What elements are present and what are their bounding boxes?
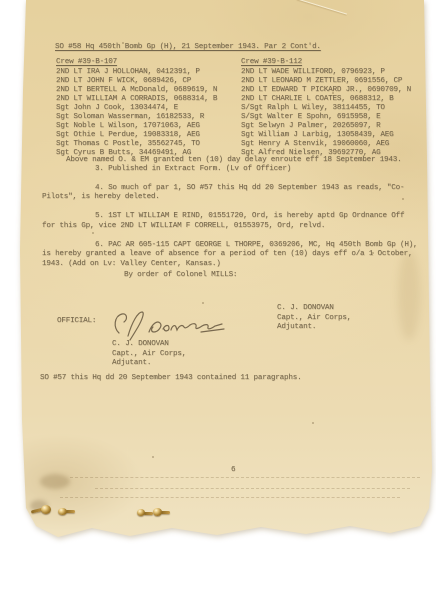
crew-member-line: Sgt Selwyn J Palmer, 20265097, R: [241, 122, 426, 131]
crew-member-line: 2ND LT JOHN F WICK, 0689426, CP: [56, 77, 241, 86]
signer-role: Adjutant.: [277, 323, 316, 332]
stain-bottom-left: [40, 474, 70, 489]
fastener-tail: [144, 512, 153, 515]
bleedthrough-line: [60, 497, 400, 498]
order-paragraph: 6. PAC AR 605-115 CAPT GEORGE L THORPE, …: [42, 241, 420, 270]
crew-member-line: Sgt Othie L Perdue, 19083318, AEG: [56, 131, 241, 140]
signer-name: C. J. DONOVAN: [277, 304, 334, 313]
signer-rank: Capt., Air Corps,: [277, 314, 351, 323]
crew-member-line: S/Sgt Walter E Spohn, 6915958, E: [241, 113, 426, 122]
order-paragraph: 4. So much of par 1, SO #57 this Hq dd 2…: [42, 184, 420, 203]
fastener-head: [41, 505, 51, 514]
crew-member-line: 2ND LT WILLIAM A CORRADIS, 0688314, B: [56, 95, 241, 104]
crew-member-line: 2ND LT WADE WILLIFORD, 0796923, P: [241, 68, 426, 77]
crew-member-line: 2ND LT CHARLIE L COATES, 0688312, B: [241, 95, 426, 104]
order-paragraphs: 3. Published in Extract Form. (Lv of Off…: [42, 165, 420, 279]
crew-member-line: 2ND LT EDWARD T PICKARD JR., 0690709, N: [241, 86, 426, 95]
paper-speck: [312, 422, 314, 424]
order-paragraph: 3. Published in Extract Form. (Lv of Off…: [42, 165, 420, 175]
delay-enroute-note: Above named O. & EM granted ten (10) day…: [66, 156, 402, 165]
fastener-head: [137, 509, 145, 516]
bleedthrough-line: [70, 477, 420, 478]
page-number: 6: [231, 466, 235, 475]
bleedthrough-line: [95, 488, 410, 489]
countersign-role: Adjutant.: [112, 359, 151, 368]
crew-member-line: Sgt John J Cook, 13034474, E: [56, 104, 241, 113]
scanned-document-page: SO #58 Hq 450th Bomb Gp (H), 21 Septembe…: [0, 0, 436, 600]
order-header: SO #58 Hq 450th Bomb Gp (H), 21 Septembe…: [55, 43, 321, 52]
order-paragraph: 5. 1ST LT WILLIAM E RIND, 01551720, Ord,…: [42, 212, 420, 231]
official-label: OFFICIAL:: [57, 317, 96, 326]
crew-right-roster: 2ND LT WADE WILLIFORD, 0796923, P2ND LT …: [241, 68, 426, 158]
countersign-name: C. J. DONOVAN: [112, 340, 169, 349]
crew-member-line: S/Sgt Ralph L Wiley, 38114455, TO: [241, 104, 426, 113]
fastener-head: [153, 508, 162, 516]
crew-left-title: Crew #39-B-107: [56, 58, 117, 67]
crew-member-line: 2ND LT IRA J HOLLOHAN, 0412391, P: [56, 68, 241, 77]
crew-member-line: 2ND LT BERTELL A McDonald, 0689619, N: [56, 86, 241, 95]
footer-note: SO #57 this Hq dd 20 September 1943 cont…: [40, 374, 301, 383]
fastener-tail: [161, 511, 170, 514]
crew-member-line: 2ND LT LEONARD M ZETTLER, 0691556, CP: [241, 77, 426, 86]
fastener-tail: [66, 510, 75, 513]
fastener-head: [58, 508, 67, 515]
by-order-line: By order of Colonel MILLS:: [124, 271, 237, 280]
crew-member-line: Sgt Soloman Wasserman, 16182533, R: [56, 113, 241, 122]
crew-right-title: Crew #39-B-112: [241, 58, 302, 67]
crew-member-line: Sgt William J Larbig, 13058439, AEG: [241, 131, 426, 140]
crew-member-line: Sgt Noble L Wilson, 17071063, AEG: [56, 122, 241, 131]
countersign-rank: Capt., Air Corps,: [112, 350, 186, 359]
crew-left-roster: 2ND LT IRA J HOLLOHAN, 0412391, P2ND LT …: [56, 68, 241, 158]
crew-member-line: Sgt Henry A Stenvik, 19060060, AEG: [241, 140, 426, 149]
paper-speck: [152, 456, 154, 458]
crew-member-line: Sgt Thomas C Postle, 35562745, TO: [56, 140, 241, 149]
